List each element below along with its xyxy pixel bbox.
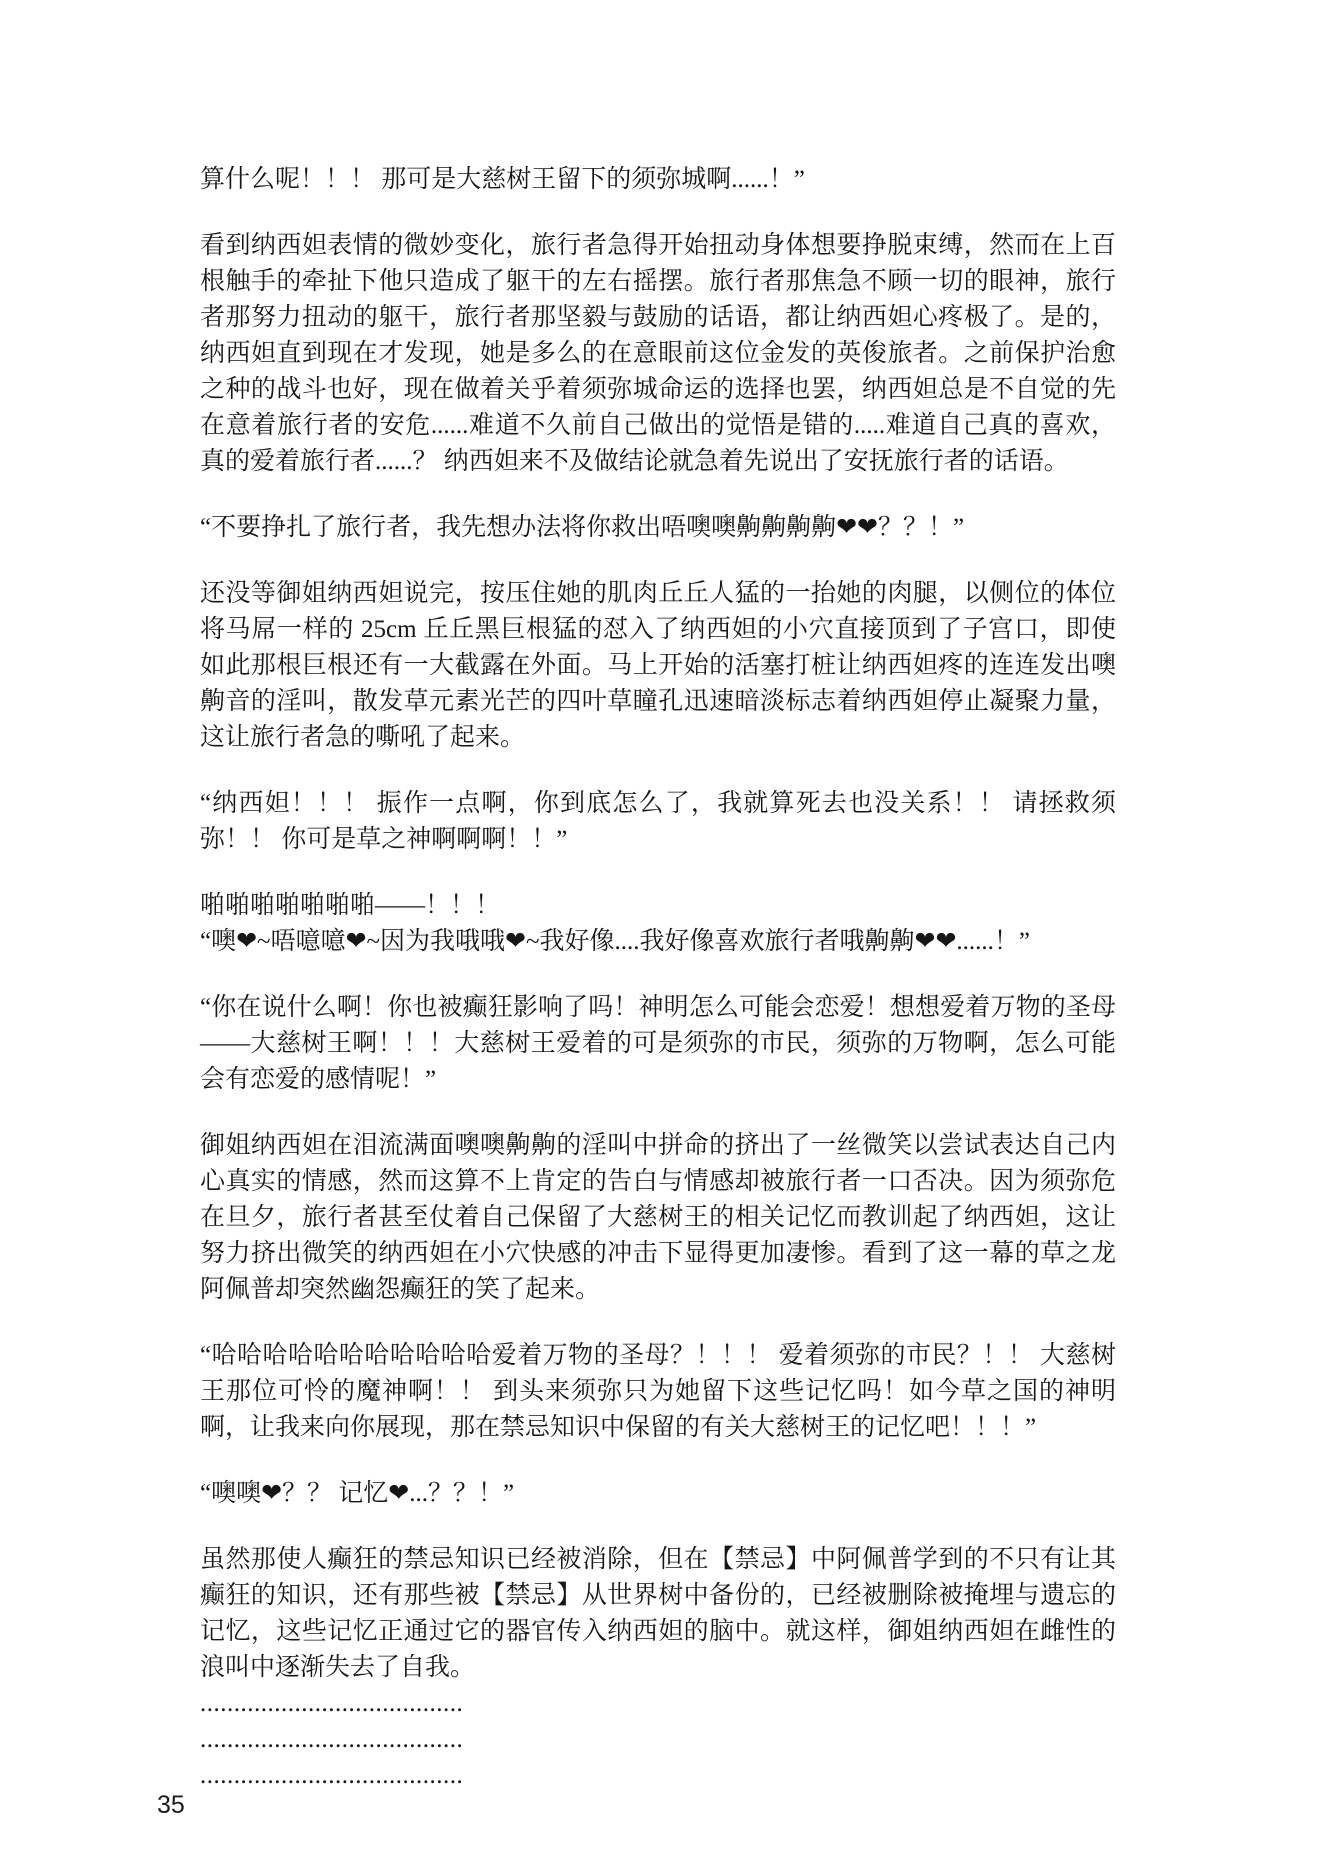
- paragraph-dialogue-1: “不要挣扎了旅行者，我先想办法将你救出唔噢噢齁齁齁齁❤❤？？！”: [200, 510, 1116, 546]
- page-content: 算什么呢！！！ 那可是大慈树王留下的须弥城啊......！” 看到纳西妲表情的微…: [200, 162, 1116, 1794]
- paragraph-dialogue-3: “噢❤~唔噫噫❤~因为我哦哦❤~我好像....我好像喜欢旅行者哦齁齁❤❤....…: [200, 924, 1116, 960]
- paragraph-dialogue-5: “哈哈哈哈哈哈哈哈哈哈哈爱着万物的圣母？！！！ 爱着须弥的市民？！！ 大慈树王那…: [200, 1338, 1116, 1446]
- paragraph-narration-3: 御姐纳西妲在泪流满面噢噢齁齁的淫叫中拼命的挤出了一丝微笑以尝试表达自己内心真实的…: [200, 1128, 1116, 1308]
- paragraph-narration-2: 还没等御姐纳西妲说完，按压住她的肌肉丘丘人猛的一抬她的肉腿，以侧位的体位将马屌一…: [200, 576, 1116, 756]
- page-number: 35: [157, 1790, 185, 1820]
- paragraph-narration-4: 虽然那使人癫狂的禁忌知识已经被消除，但在【禁忌】中阿佩普学到的不只有让其癫狂的知…: [200, 1542, 1116, 1686]
- paragraph-narration-1: 看到纳西妲表情的微妙变化，旅行者急得开始扭动身体想要挣脱束缚，然而在上百根触手的…: [200, 228, 1116, 480]
- paragraph-sfx: 啪啪啪啪啪啪啪——！！！: [200, 888, 1116, 924]
- ellipsis-line-2: .......................................: [200, 1722, 1116, 1758]
- paragraph-continuation: 算什么呢！！！ 那可是大慈树王留下的须弥城啊......！”: [200, 162, 1116, 198]
- paragraph-dialogue-2: “纳西妲！！！ 振作一点啊，你到底怎么了，我就算死去也没关系！！ 请拯救须弥！！…: [200, 786, 1116, 858]
- document-page: 算什么呢！！！ 那可是大慈树王留下的须弥城啊......！” 看到纳西妲表情的微…: [0, 0, 1323, 1871]
- paragraph-dialogue-4: “你在说什么啊！你也被癫狂影响了吗！神明怎么可能会恋爱！想想爱着万物的圣母——大…: [200, 990, 1116, 1098]
- paragraph-dialogue-6: “噢噢❤？？ 记忆❤...？？！”: [200, 1476, 1116, 1512]
- ellipsis-line-3: .......................................: [200, 1758, 1116, 1794]
- ellipsis-line-1: .......................................: [200, 1686, 1116, 1722]
